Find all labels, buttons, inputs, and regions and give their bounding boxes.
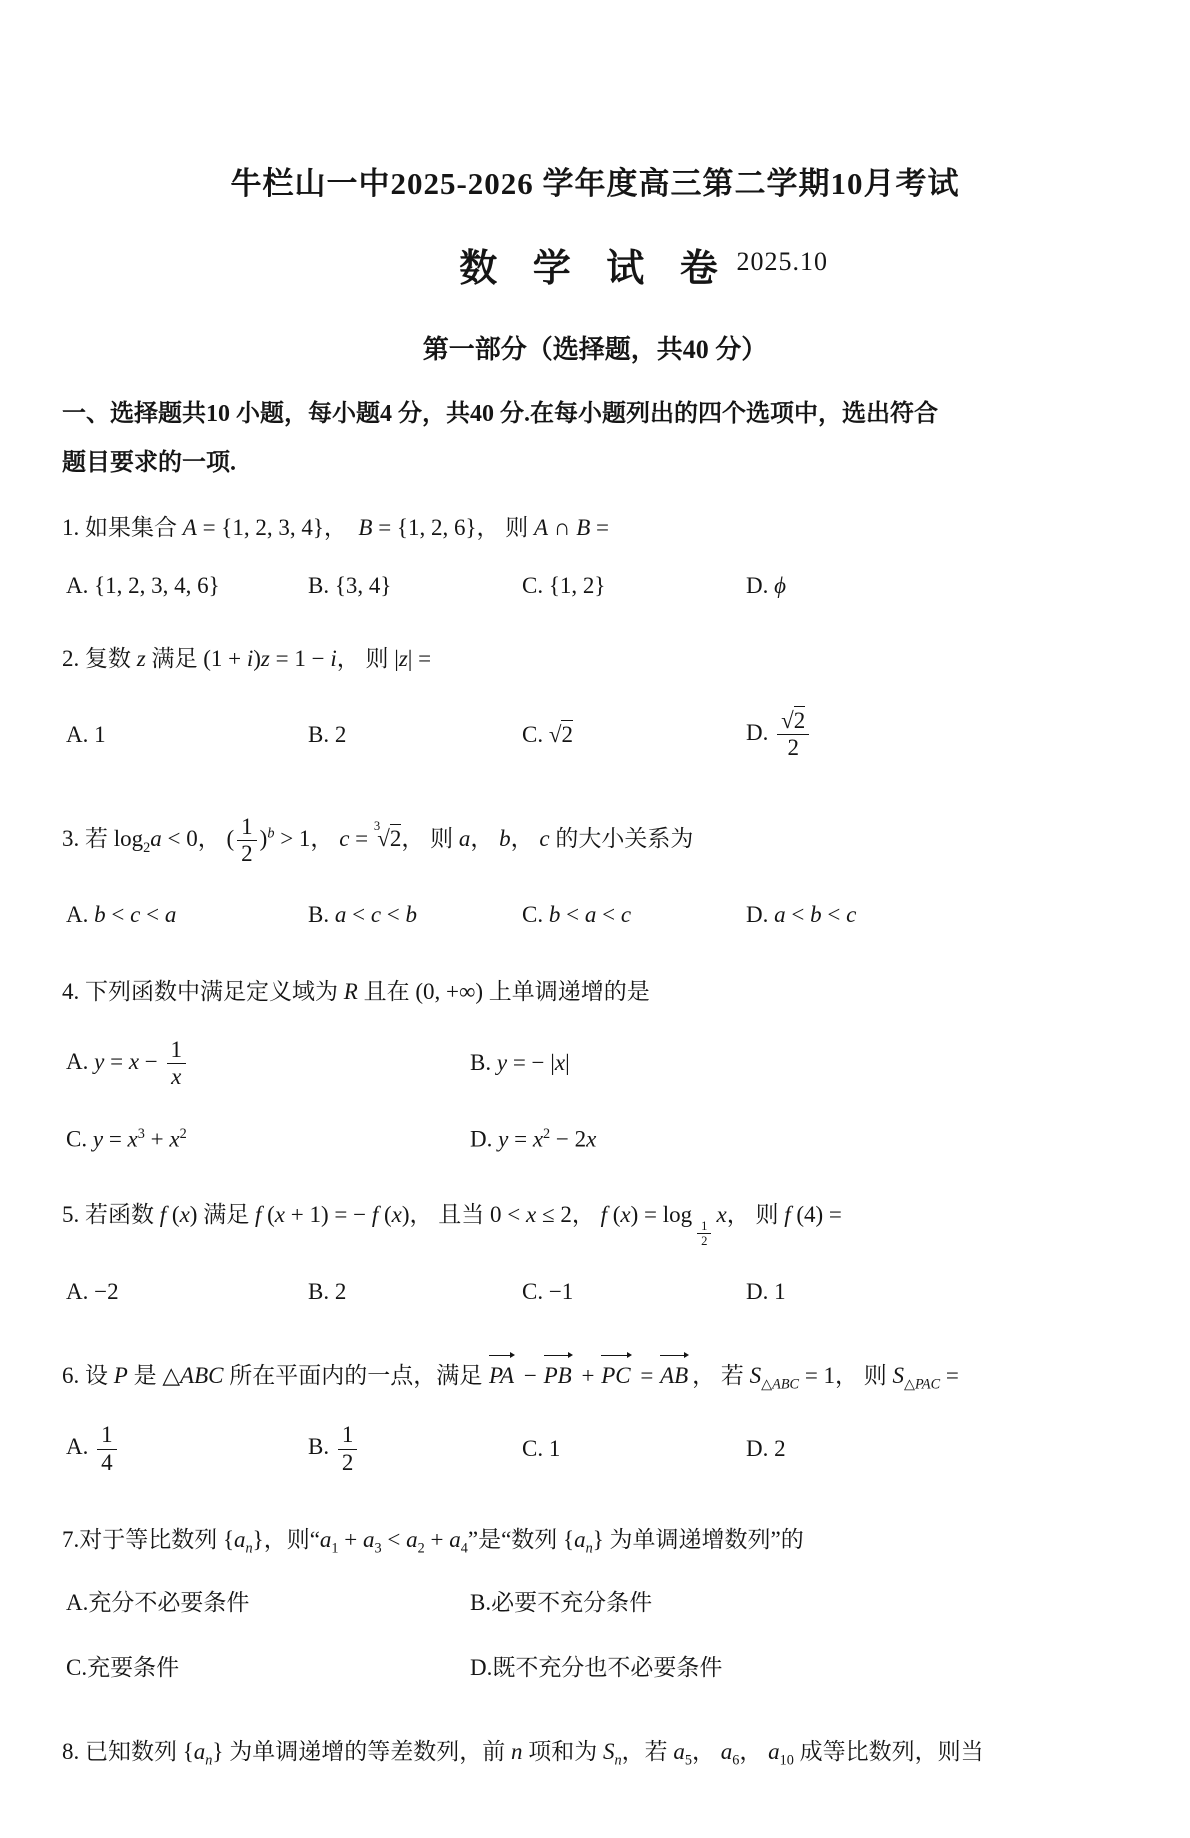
question-5-option-a: A. −2 [66,1279,308,1305]
question-8: 8. 已知数列 {an} 为单调递增的等差数列，前 n 项和为 Sn，若 a5，… [62,1734,1128,1772]
question-5-option-b: B. 2 [308,1279,522,1305]
question-2: 2. 复数 z 满足 (1 + i)z = 1 − i， 则 |z| = A. … [62,641,1128,762]
exam-paper: 牛栏山一中2025-2026 学年度高三第二学期10月考试 数 学 试 卷 20… [0,0,1190,1773]
question-6-stem: 6. 设 P 是 △ABC 所在平面内的一点，满足 PA − PB + PC =… [62,1355,1128,1396]
question-3-option-c: C. b < a < c [522,902,746,928]
question-2-option-d: D. √22 [746,708,1128,762]
question-7-stem: 7.对于等比数列 {an}，则“a1 + a3 < a2 + a4”是“数列 {… [62,1522,1128,1560]
question-4-option-c: C. y = x3 + x2 [66,1126,470,1153]
question-3: 3. 若 log2a < 0， (12)b > 1， c = 3√2， 则 a，… [62,814,1128,928]
question-1-option-c: C. {1, 2} [522,573,746,599]
question-1-option-b: B. {3, 4} [308,573,522,599]
question-3-option-a: A. b < c < a [66,902,308,928]
question-4: 4. 下列函数中满足定义域为 R 且在 (0, +∞) 上单调递增的是 A. y… [62,974,1128,1153]
question-1-options: A. {1, 2, 3, 4, 6} B. {3, 4} C. {1, 2} D… [66,573,1128,599]
question-7-option-b: B.必要不充分条件 [470,1584,1128,1617]
question-3-options: A. b < c < a B. a < c < b C. b < a < c D… [66,902,1128,928]
question-4-options: A. y = x − 1x B. y = − |x| C. y = x3 + x… [66,1037,1128,1154]
exam-date: 2025.10 [737,247,829,277]
question-4-option-a: A. y = x − 1x [66,1037,470,1091]
question-6: 6. 设 P 是 △ABC 所在平面内的一点，满足 PA − PB + PC =… [62,1355,1128,1476]
question-6-option-b: B. 12 [308,1422,522,1476]
question-6-option-a: A. 14 [66,1422,308,1476]
section-header: 第一部分（选择题，共40 分） [62,329,1128,366]
question-2-option-b: B. 2 [308,722,522,748]
question-7-option-a: A.充分不必要条件 [66,1584,470,1617]
instructions: 一、选择题共10 小题，每小题4 分，共40 分.在每小题列出的四个选项中，选出… [62,390,1128,488]
question-5-option-d: D. 1 [746,1279,1128,1305]
question-7: 7.对于等比数列 {an}，则“a1 + a3 < a2 + a4”是“数列 {… [62,1522,1128,1682]
question-8-stem: 8. 已知数列 {an} 为单调递增的等差数列，前 n 项和为 Sn，若 a5，… [62,1734,1128,1772]
question-1-option-d: D. ϕ [746,573,1128,599]
question-3-option-d: D. a < b < c [746,902,1128,928]
question-5-option-c: C. −1 [522,1279,746,1305]
question-6-options: A. 14 B. 12 C. 1 D. 2 [66,1422,1128,1476]
question-2-option-c: C. √2 [522,722,746,748]
question-5-stem: 5. 若函数 f (x) 满足 f (x + 1) = − f (x)， 且当 … [62,1197,1128,1249]
subject-title: 数 学 试 卷 [459,248,731,290]
question-4-option-d: D. y = x2 − 2x [470,1126,1128,1153]
instructions-line-2: 题目要求的一项. [62,439,1128,488]
instructions-line-1: 一、选择题共10 小题，每小题4 分，共40 分.在每小题列出的四个选项中，选出… [62,390,1128,439]
question-1-stem: 1. 如果集合 A = {1, 2, 3, 4}， B = {1, 2, 6}，… [62,510,1128,547]
question-4-stem: 4. 下列函数中满足定义域为 R 且在 (0, +∞) 上单调递增的是 [62,974,1128,1011]
question-3-option-b: B. a < c < b [308,902,522,928]
question-1-option-a: A. {1, 2, 3, 4, 6} [66,573,308,599]
question-4-option-b: B. y = − |x| [470,1050,1128,1076]
question-7-options: A.充分不必要条件 B.必要不充分条件 C.充要条件 D.既不充分也不必要条件 [66,1584,1128,1682]
question-7-option-c: C.充要条件 [66,1649,470,1682]
question-2-option-a: A. 1 [66,722,308,748]
question-2-stem: 2. 复数 z 满足 (1 + i)z = 1 − i， 则 |z| = [62,641,1128,678]
question-6-option-d: D. 2 [746,1436,1128,1462]
exam-title: 牛栏山一中2025-2026 学年度高三第二学期10月考试 [62,158,1128,203]
question-1: 1. 如果集合 A = {1, 2, 3, 4}， B = {1, 2, 6}，… [62,510,1128,599]
subject-title-row: 数 学 试 卷 2025.10 [62,237,1128,289]
question-2-options: A. 1 B. 2 C. √2 D. √22 [66,708,1128,762]
question-7-option-d: D.既不充分也不必要条件 [470,1649,1128,1682]
question-5-options: A. −2 B. 2 C. −1 D. 1 [66,1279,1128,1305]
question-6-option-c: C. 1 [522,1436,746,1462]
question-5: 5. 若函数 f (x) 满足 f (x + 1) = − f (x)， 且当 … [62,1197,1128,1305]
question-3-stem: 3. 若 log2a < 0， (12)b > 1， c = 3√2， 则 a，… [62,814,1128,868]
